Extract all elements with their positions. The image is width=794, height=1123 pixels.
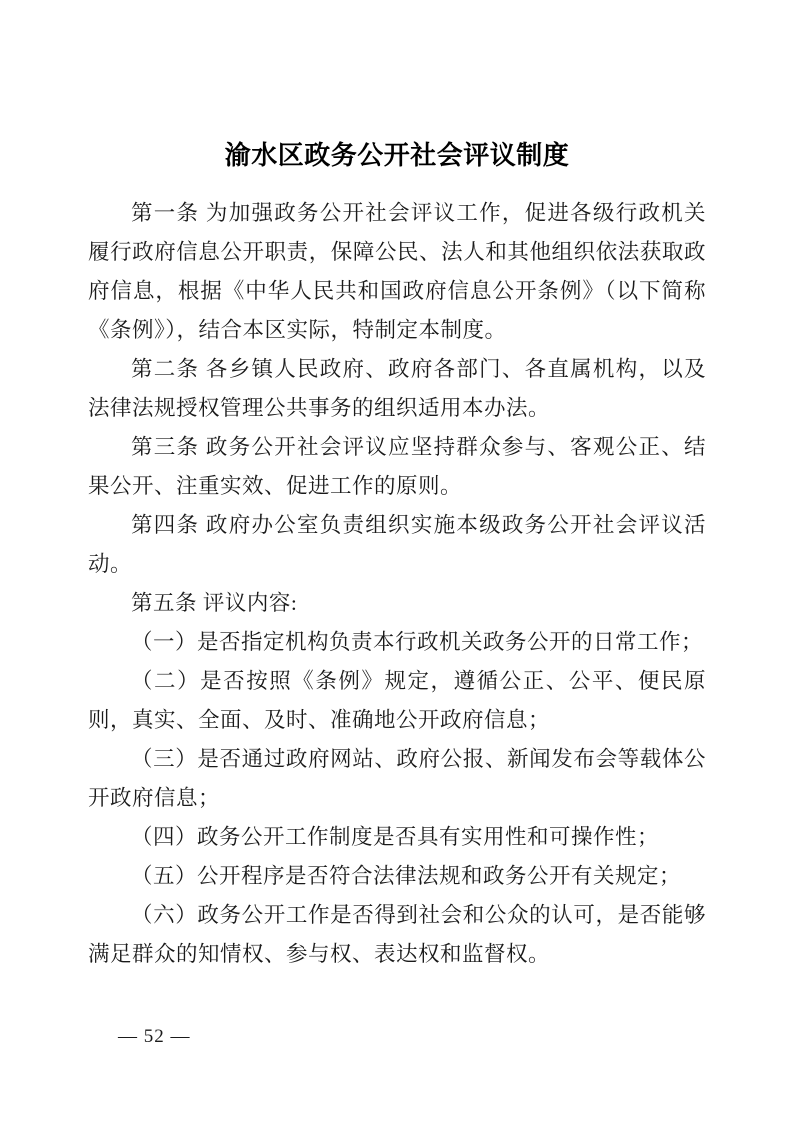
paragraph-article-5: 第五条 评议内容: [88, 584, 706, 623]
paragraph-item-1: （一）是否指定机构负责本行政机关政务公开的日常工作； [88, 623, 706, 662]
paragraph-article-4: 第四条 政府办公室负责组织实施本级政务公开社会评议活动。 [88, 506, 706, 584]
document-body: 第一条 为加强政务公开社会评议工作，促进各级行政机关履行政府信息公开职责，保障公… [88, 194, 706, 974]
paragraph-item-2: （二）是否按照《条例》规定，遵循公正、公平、便民原则，真实、全面、及时、准确地公… [88, 662, 706, 740]
paragraph-item-3: （三）是否通过政府网站、政府公报、新闻发布会等载体公开政府信息； [88, 740, 706, 818]
document-title: 渝水区政务公开社会评议制度 [88, 140, 706, 170]
paragraph-item-5: （五）公开程序是否符合法律法规和政务公开有关规定； [88, 857, 706, 896]
paragraph-article-2: 第二条 各乡镇人民政府、政府各部门、各直属机构，以及法律法规授权管理公共事务的组… [88, 350, 706, 428]
paragraph-article-3: 第三条 政务公开社会评议应坚持群众参与、客观公正、结果公开、注重实效、促进工作的… [88, 428, 706, 506]
paragraph-article-1: 第一条 为加强政务公开社会评议工作，促进各级行政机关履行政府信息公开职责，保障公… [88, 194, 706, 350]
paragraph-item-4: （四）政务公开工作制度是否具有实用性和可操作性； [88, 818, 706, 857]
document-page: 渝水区政务公开社会评议制度 第一条 为加强政务公开社会评议工作，促进各级行政机关… [0, 0, 794, 1123]
page-number: — 52 — [118, 1026, 191, 1048]
paragraph-item-6: （六）政务公开工作是否得到社会和公众的认可，是否能够满足群众的知情权、参与权、表… [88, 896, 706, 974]
